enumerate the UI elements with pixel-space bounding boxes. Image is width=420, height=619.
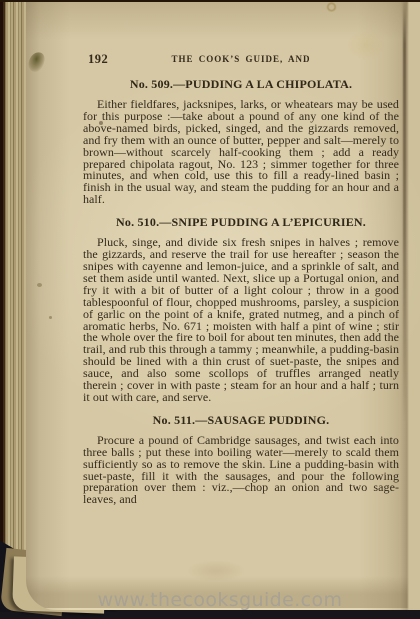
page-number: 192: [88, 52, 108, 67]
recipe-509-body: Either fieldfares, jacksnipes, larks, or…: [83, 99, 399, 206]
recipe-510-heading: No. 510.—SNIPE PUDDING A L’EPICURIEN.: [83, 216, 399, 229]
book-scan: 192 THE COOK’S GUIDE, AND No. 509.—PUDDI…: [0, 0, 420, 619]
recipe-509: No. 509.—PUDDING A LA CHIPOLATA. Either …: [83, 78, 399, 206]
watermark-text: www.thecooksguide.com: [26, 589, 414, 611]
scan-top-edge: [0, 0, 420, 2]
recipe-510-body: Pluck, singe, and divide six fresh snipe…: [83, 237, 399, 404]
recipe-511: No. 511.—SAUSAGE PUDDING. Procure a poun…: [83, 414, 399, 506]
page-crease: [403, 2, 406, 422]
page-header: 192 THE COOK’S GUIDE, AND: [83, 52, 399, 64]
recipe-511-body: Procure a pound of Cambridge sausages, a…: [83, 435, 399, 506]
recipe-509-heading: No. 509.—PUDDING A LA CHIPOLATA.: [83, 78, 399, 91]
page-192: 192 THE COOK’S GUIDE, AND No. 509.—PUDDI…: [26, 2, 420, 610]
stain: [186, 560, 246, 582]
stain: [37, 283, 42, 287]
stain: [326, 2, 337, 12]
text-column: No. 509.—PUDDING A LA CHIPOLATA. Either …: [83, 78, 399, 516]
recipe-511-heading: No. 511.—SAUSAGE PUDDING.: [83, 414, 399, 427]
stain: [27, 50, 46, 73]
stain: [49, 316, 52, 319]
recipe-510: No. 510.—SNIPE PUDDING A L’EPICURIEN. Pl…: [83, 216, 399, 404]
running-head: THE COOK’S GUIDE, AND: [83, 52, 399, 64]
